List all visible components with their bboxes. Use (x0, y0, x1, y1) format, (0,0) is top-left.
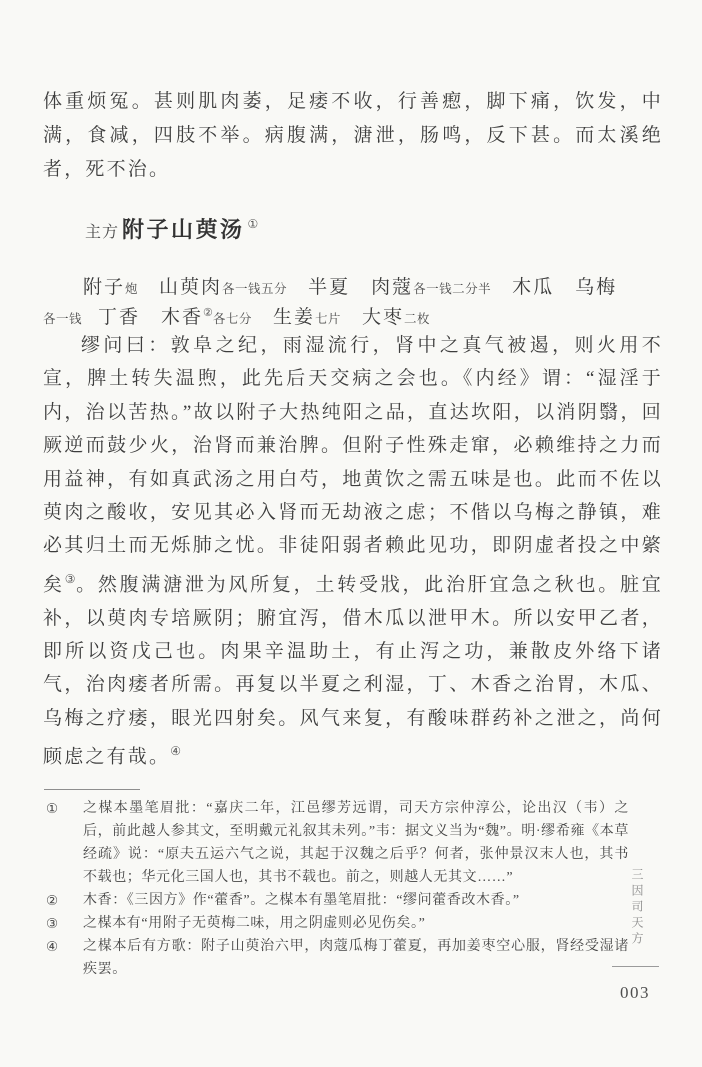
ingredient: 乌梅 (575, 280, 617, 297)
intro-paragraph: 体重烦冤。甚则肌肉萎，足痿不收，行善瘛，脚下痛，饮发，中满，食减，四肢不举。病腹… (43, 85, 663, 187)
ingredient-name: 生姜 (273, 307, 315, 328)
running-title-vertical: 三因司天方 (629, 868, 646, 948)
ingredient-name: 附子 (83, 277, 125, 298)
ingredient-qty: 炮 (125, 282, 138, 296)
sidebar-divider (612, 966, 659, 967)
ingredient-qty: 各一钱二分半 (413, 282, 491, 296)
footnote-ref-4: ④ (170, 744, 181, 758)
ingredient: 半夏 (308, 280, 350, 297)
ingredient: 附子炮 (83, 280, 138, 297)
ingredients-line-2: 各一钱丁香 木香②各七分 生姜七片 大枣二枚 (43, 302, 447, 329)
footnote-text: 之楳本有“用附子无萸梅二味，用之阴虚则必见伤矣。” (83, 916, 425, 931)
footnotes: ①之楳本墨笔眉批：“嘉庆二年，江邑缪芳远谓，司天方宗仲淳公，论出汉（韦）之后，前… (43, 797, 629, 981)
ingredient-qty: 各七分 (213, 312, 252, 326)
footnote-item: ①之楳本墨笔眉批：“嘉庆二年，江邑缪芳远谓，司天方宗仲淳公，论出汉（韦）之后，前… (43, 797, 629, 889)
book-page: 体重烦冤。甚则肌肉萎，足痿不收，行善瘛，脚下痛，饮发，中满，食减，四肢不举。病腹… (0, 0, 702, 1067)
ingredient-name: 木香 (161, 307, 203, 328)
ingredient: 生姜七片 (273, 310, 341, 327)
ingredients-line-1: 附子炮 山萸肉各一钱五分 半夏 肉蔻各一钱二分半 木瓜 乌梅 (83, 272, 634, 299)
ingredient-name: 半夏 (308, 277, 350, 298)
ingredient-qty: 七片 (315, 312, 341, 326)
commentary-paragraph: 缪问曰：敦阜之纪，雨湿流行，肾中之真气被遏，则火用不宣，脾土转失温煦，此先后天交… (43, 329, 663, 774)
footnote-marker: ① (46, 797, 59, 820)
ingredient-footnote-ref: ② (203, 307, 213, 319)
ingredient-qty-carryover: 各一钱 (43, 312, 82, 326)
ingredient-name: 木瓜 (512, 277, 554, 298)
ingredient: 木瓜 (512, 280, 554, 297)
footnote-ref-3: ③ (65, 572, 76, 586)
ingredient-name: 大枣 (362, 307, 404, 328)
ingredient-qty: 二枚 (404, 312, 430, 326)
commentary-text: 缪问曰：敦阜之纪，雨湿流行，肾中之真气被遏，则火用不宣，脾土转失温煦，此先后天交… (43, 335, 663, 595)
footnote-text: 之楳本墨笔眉批：“嘉庆二年，江邑缪芳远谓，司天方宗仲淳公，论出汉（韦）之后，前此… (83, 801, 629, 885)
footnote-text: 木香：《三因方》作“藿香”。之楳本有墨笔眉批：“缪问藿香改木香。” (83, 893, 520, 908)
heading-title: 附子山萸汤 (122, 217, 245, 242)
footnote-item: ②木香：《三因方》作“藿香”。之楳本有墨笔眉批：“缪问藿香改木香。” (43, 889, 629, 912)
ingredient: 木香②各七分 (161, 310, 252, 327)
section-heading: 主方附子山萸汤① (85, 213, 258, 244)
commentary-text: 。然腹满溏泄为风所复，土转受戕，此治肝宜急之秋也。脏宜补，以萸肉专培厥阴；腑宜泻… (43, 574, 663, 767)
ingredient: 丁香 (98, 310, 140, 327)
page-number: 003 (605, 983, 665, 1003)
heading-label: 主方 (85, 224, 119, 241)
footnote-item: ③之楳本有“用附子无萸梅二味，用之阴虚则必见伤矣。” (43, 912, 629, 935)
footnote-marker: ② (46, 889, 59, 912)
ingredient-name: 丁香 (98, 307, 140, 328)
footnote-marker: ④ (46, 935, 59, 958)
footnote-separator (44, 789, 140, 790)
footnote-marker: ③ (46, 912, 59, 935)
ingredient: 大枣二枚 (362, 310, 430, 327)
heading-footnote-ref: ① (248, 217, 259, 231)
ingredient: 山萸肉各一钱五分 (159, 280, 287, 297)
ingredient-name: 乌梅 (575, 277, 617, 298)
footnote-item: ④之楳本后有方歌：附子山萸治六甲，肉蔻瓜梅丁藿夏，再加姜枣空心服，肾经受湿诸疾罢… (43, 935, 629, 981)
ingredient: 肉蔻各一钱二分半 (371, 280, 491, 297)
ingredient-name: 肉蔻 (371, 277, 413, 298)
ingredient-qty: 各一钱五分 (222, 282, 287, 296)
ingredient-name: 山萸肉 (159, 277, 222, 298)
footnote-text: 之楳本后有方歌：附子山萸治六甲，肉蔻瓜梅丁藿夏，再加姜枣空心服，肾经受湿诸疾罢。 (83, 939, 629, 977)
